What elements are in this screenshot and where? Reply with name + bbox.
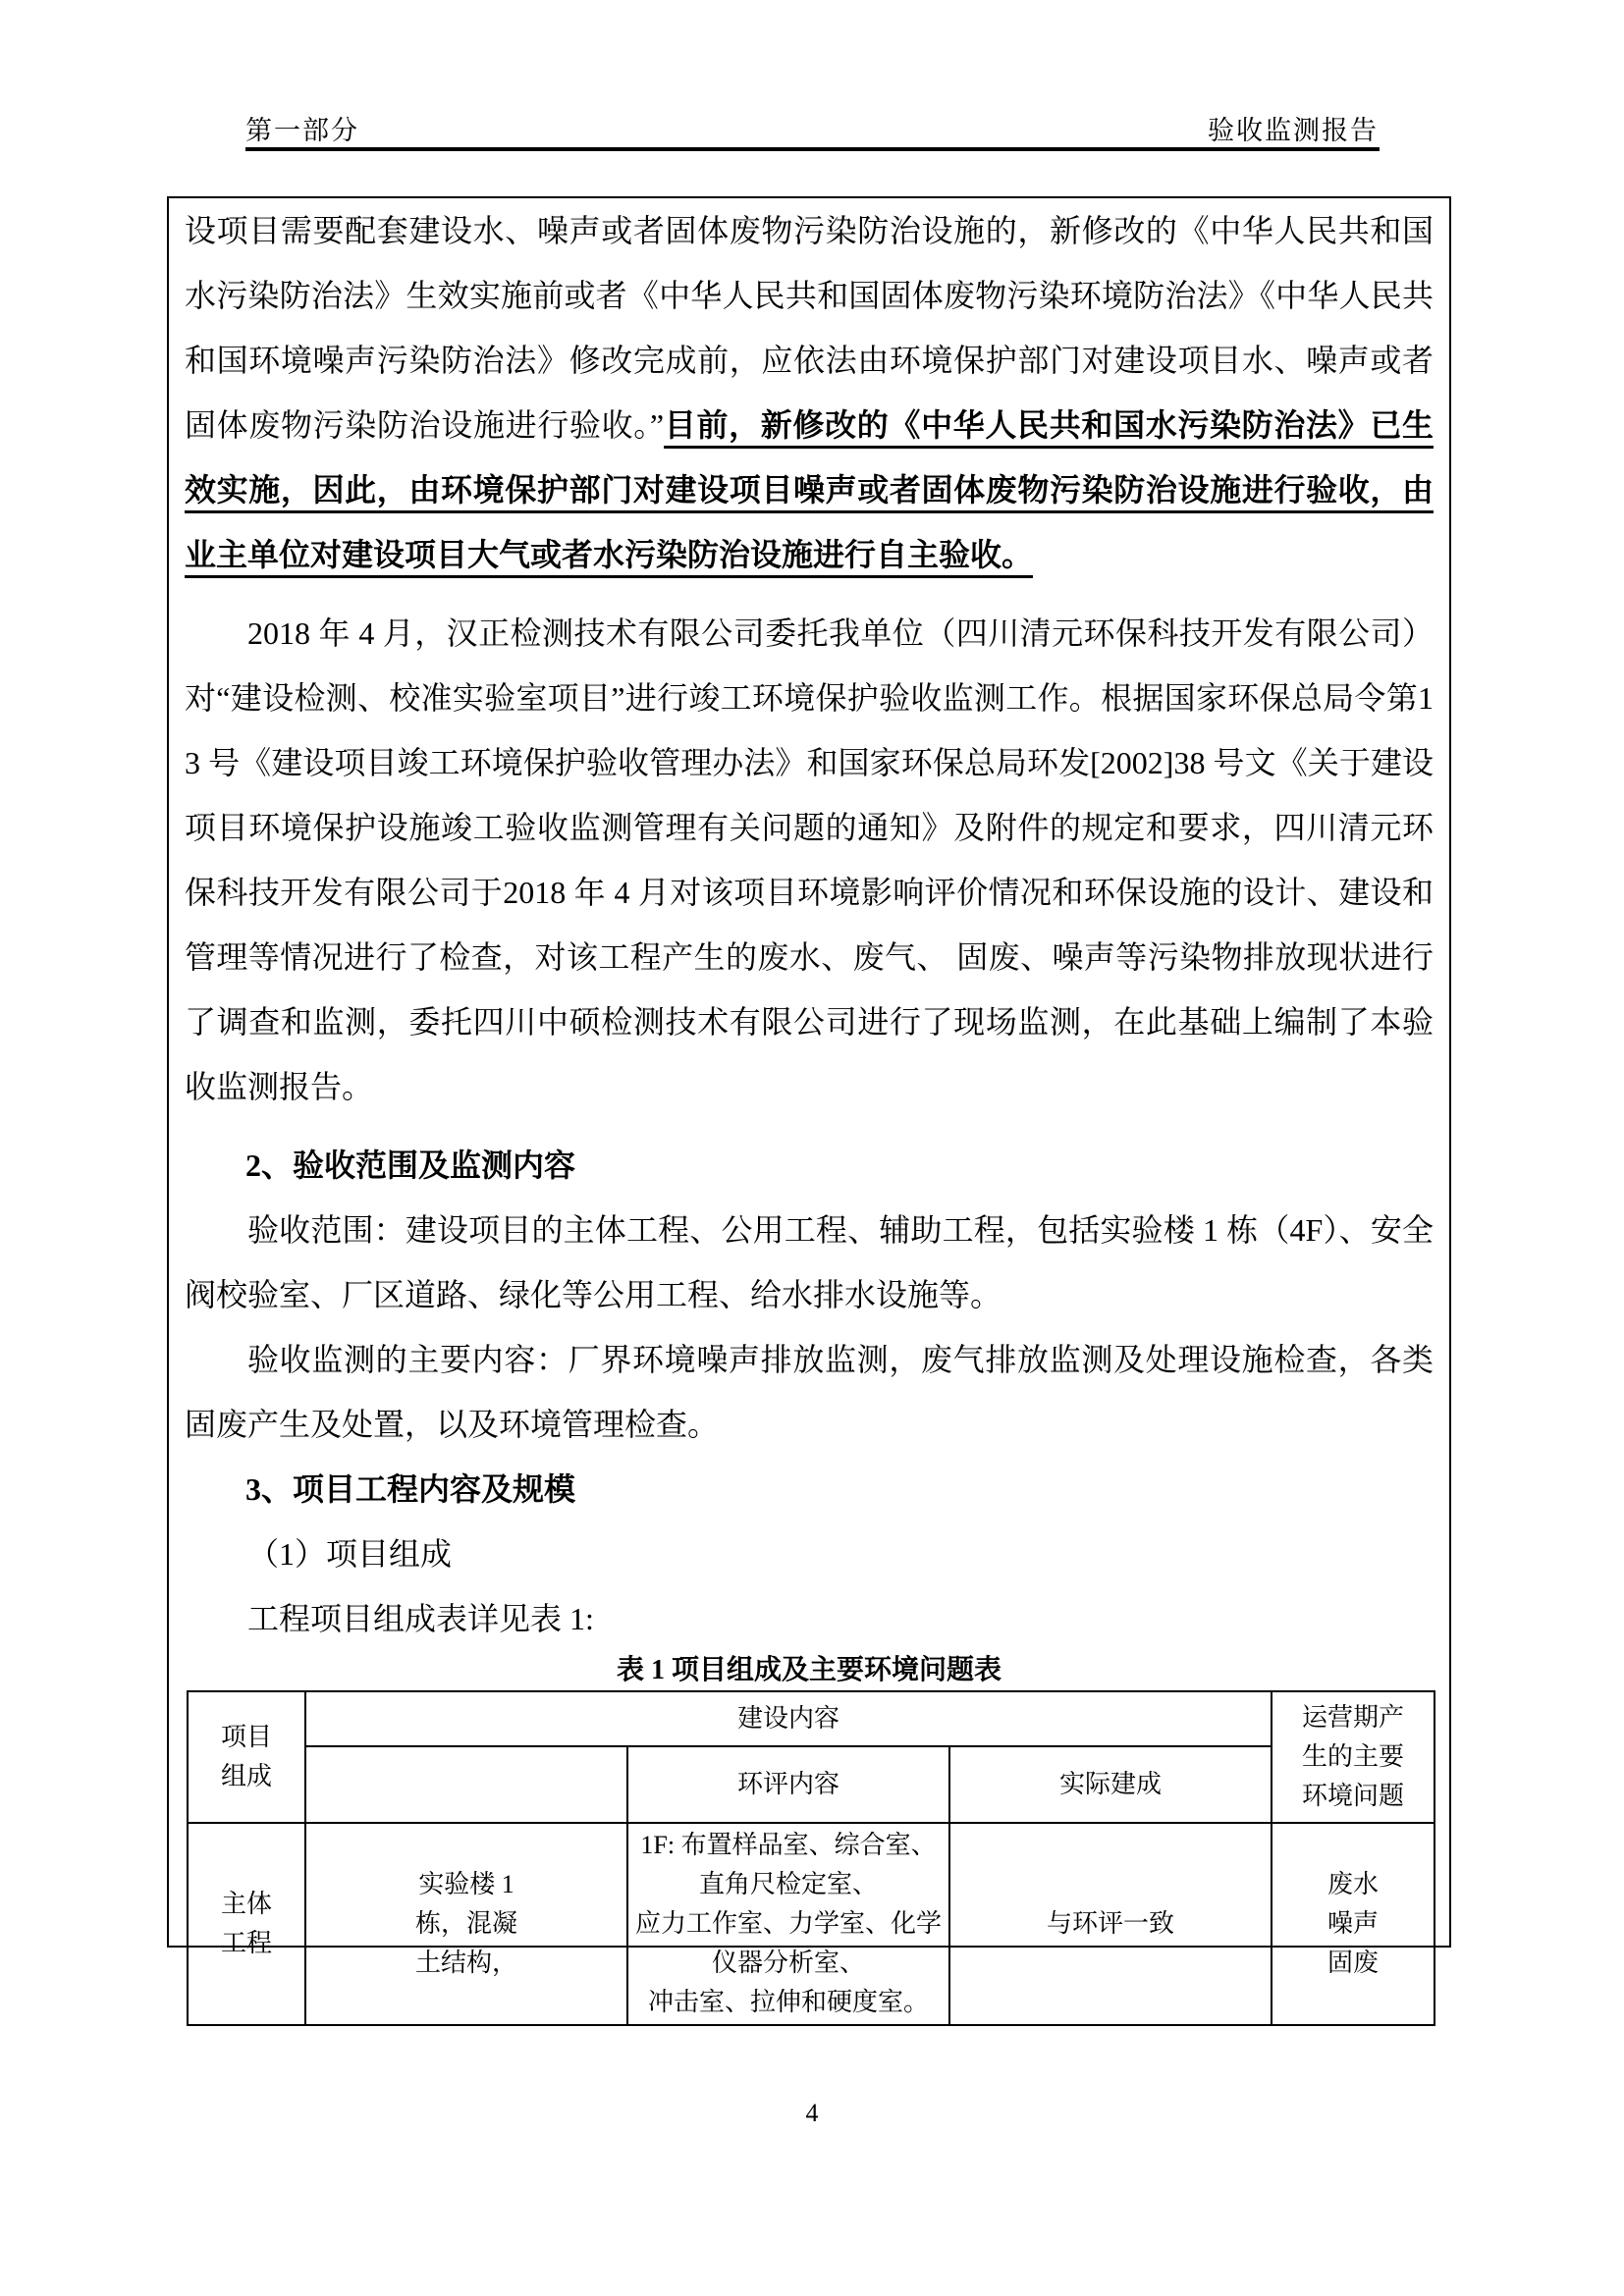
table-cell-actual-built: 与环评一致 [949,1823,1272,2025]
paragraph-monitoring-content: 验收监测的主要内容：厂界环境噪声排放监测，废气排放监测及处理设施检查，各类固废产… [185,1327,1434,1457]
table-header-actual-built: 实际建成 [949,1746,1272,1823]
table-header-eia-content: 环评内容 [627,1746,949,1823]
heading-project-content: 3、项目工程内容及规模 [185,1457,1434,1522]
paragraph-legal-continuation: 设项目需要配套建设水、噪声或者固体废物污染防治设施的，新修改的《中华人民共和国水… [185,198,1434,587]
paragraph-table-reference: 工程项目组成表详见表 1: [185,1586,1434,1651]
table-header-project-composition: 项目 组成 [188,1691,305,1823]
table-cell-structure: 实验楼 1 栋，混凝 土结构， [305,1823,627,2025]
paragraph-scope: 验收范围：建设项目的主体工程、公用工程、辅助工程，包括实验楼 1 栋（4F）、安… [185,1198,1434,1327]
table-header-construction-content: 建设内容 [305,1691,1272,1746]
table-row: 主体 工程 实验楼 1 栋，混凝 土结构， 1F: 布置样品室、综合室、直角尺检… [188,1823,1435,2025]
content-frame: 设项目需要配套建设水、噪声或者固体废物污染防治设施的，新修改的《中华人民共和国水… [167,196,1451,1948]
project-composition-table: 项目 组成 建设内容 运营期产 生的主要 环境问题 环评内容 实际建成 主体 工… [187,1690,1435,2026]
header-report-label: 验收监测报告 [1208,114,1379,147]
header-section-label: 第一部分 [245,114,359,147]
heading-acceptance-scope: 2、验收范围及监测内容 [185,1133,1434,1198]
table-cell-category: 主体 工程 [188,1823,305,2025]
table-cell-eia-detail: 1F: 布置样品室、综合室、直角尺检定室、 应力工作室、力学室、化学仪器分析室、… [627,1823,949,2025]
table-header-empty-cell [305,1746,627,1823]
header-rule [245,147,1380,151]
document-page: 第一部分 验收监测报告 设项目需要配套建设水、噪声或者固体废物污染防治设施的，新… [0,0,1624,2296]
table-cell-issues: 废水 噪声 固废 [1272,1823,1435,2025]
table-header-operation-issues: 运营期产 生的主要 环境问题 [1272,1691,1435,1823]
table-caption: 表 1 项目组成及主要环境问题表 [185,1651,1434,1690]
page-number: 4 [0,2099,1624,2128]
paragraph-commission: 2018 年 4 月，汉正检测技术有限公司委托我单位（四川清元环保科技开发有限公… [185,601,1434,1119]
subheading-project-composition: （1）项目组成 [185,1522,1434,1586]
